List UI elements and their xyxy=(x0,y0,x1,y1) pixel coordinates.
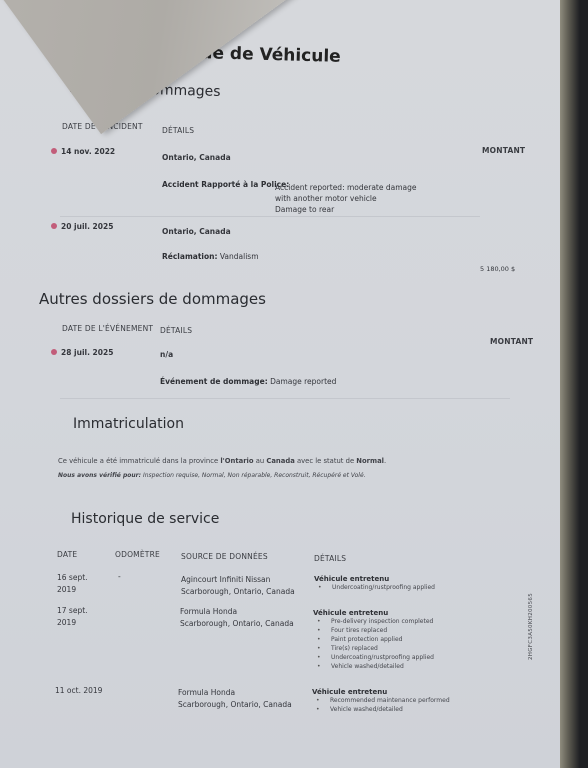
service-details-title: Véhicule entretenu xyxy=(312,688,450,696)
registration-text: au xyxy=(254,457,267,465)
service-date: 17 sept. 2019 xyxy=(57,605,88,629)
service-source-location: Scarborough, Ontario, Canada xyxy=(181,586,295,598)
registration-province: l'Ontario xyxy=(220,457,253,465)
service-col-source: SOURCE DE DONNÉES xyxy=(181,552,268,561)
accidents-col-details: DÉTAILS xyxy=(162,126,194,135)
incident-dot-icon xyxy=(51,223,57,229)
other-damages-col-details: DÉTAILS xyxy=(160,326,192,335)
service-item: Undercoating/rustproofing applied xyxy=(314,583,435,592)
registration-checked-label: Nous avons vérifié pour: xyxy=(58,472,141,479)
registration-sentence: Ce véhicule a été immatriculé dans la pr… xyxy=(58,457,386,465)
document-page: Historique de Véhicule Accidents/dommage… xyxy=(0,0,560,768)
service-details: Véhicule entretenu Pre-delivery inspecti… xyxy=(313,609,434,671)
service-items-list: Undercoating/rustproofing applied xyxy=(314,583,435,592)
other-damage-detail: Événement de dommage: Damage reported xyxy=(160,377,336,386)
accident-detail-text: Accident reported: moderate damage with … xyxy=(275,182,417,215)
service-date-line: 16 sept. xyxy=(57,572,88,584)
accident-location: Ontario, Canada xyxy=(162,153,231,162)
service-date-line: 17 sept. xyxy=(57,605,88,617)
service-date-line: 11 oct. 2019 xyxy=(55,685,102,697)
accident-date: 20 juil. 2025 xyxy=(61,222,113,231)
service-item: Pre-delivery inspection completed xyxy=(313,617,434,626)
row-divider xyxy=(60,216,480,217)
service-source-name: Formula Honda xyxy=(180,606,294,618)
registration-text: Ce véhicule a été immatriculé dans la pr… xyxy=(58,457,220,465)
service-date-line: 2019 xyxy=(57,584,88,596)
service-item: Vehicle washed/detailed xyxy=(312,705,450,714)
other-damage-detail-label: Événement de dommage: xyxy=(160,377,268,386)
service-details: Véhicule entretenu Undercoating/rustproo… xyxy=(314,575,435,592)
service-source-location: Scarborough, Ontario, Canada xyxy=(180,618,294,630)
accidents-col-amount: MONTANT xyxy=(482,146,525,155)
service-item: Recommended maintenance performed xyxy=(312,696,450,705)
service-source-location: Scarborough, Ontario, Canada xyxy=(178,699,292,711)
accident-location: Ontario, Canada xyxy=(162,227,231,236)
service-items-list: Recommended maintenance performedVehicle… xyxy=(312,696,450,714)
other-damage-location: n/a xyxy=(160,350,173,359)
other-damages-col-date: DATE DE L'ÉVÉNEMENT xyxy=(62,324,153,333)
service-details-title: Véhicule entretenu xyxy=(314,575,435,583)
accident-amount: 5 180,00 $ xyxy=(480,265,515,273)
service-details-title: Véhicule entretenu xyxy=(313,609,434,617)
service-date: 16 sept. 2019 xyxy=(57,572,88,596)
detail-line: Accident reported: moderate damage xyxy=(275,182,417,193)
service-date-line: 2019 xyxy=(57,617,88,629)
registration-text: . xyxy=(384,457,386,465)
service-item: Four tires replaced xyxy=(313,626,434,635)
service-source: Formula Honda Scarborough, Ontario, Cana… xyxy=(180,606,294,630)
background-edge xyxy=(560,0,588,768)
accident-detail-text: Vandalism xyxy=(220,252,259,261)
service-item: Tire(s) replaced xyxy=(313,644,434,653)
accident-date: 14 nov. 2022 xyxy=(61,147,115,156)
service-source: Formula Honda Scarborough, Ontario, Cana… xyxy=(178,687,292,711)
service-source-name: Formula Honda xyxy=(178,687,292,699)
registration-country: Canada xyxy=(266,457,294,465)
vin-side-text: 2HGFC3A50KH200565 xyxy=(528,593,534,660)
registration-checked: Nous avons vérifié pour: Inspection requ… xyxy=(58,472,366,479)
service-date: 11 oct. 2019 xyxy=(55,685,102,697)
incident-dot-icon xyxy=(51,148,57,154)
registration-checked-values: Inspection requise, Normal, Non réparabl… xyxy=(143,472,366,479)
service-item: Paint protection applied xyxy=(313,635,434,644)
service-col-odometer: ODOMÈTRE xyxy=(115,550,160,559)
other-damage-date: 28 juil. 2025 xyxy=(61,348,113,357)
other-damages-col-amount: MONTANT xyxy=(490,337,533,346)
other-damage-detail-text: Damage reported xyxy=(270,377,336,386)
accident-detail-label: Accident Rapporté à la Police: xyxy=(162,180,289,189)
service-heading: Historique de service xyxy=(71,511,219,527)
service-odometer: - xyxy=(118,572,121,581)
service-source-name: Agincourt Infiniti Nissan xyxy=(181,574,295,586)
service-col-details: DÉTAILS xyxy=(314,554,346,563)
registration-heading: Immatriculation xyxy=(73,416,184,432)
incident-dot-icon xyxy=(51,349,57,355)
row-divider xyxy=(60,398,510,399)
service-items-list: Pre-delivery inspection completedFour ti… xyxy=(313,617,434,671)
service-col-date: DATE xyxy=(57,550,77,559)
accident-detail-label: Réclamation: xyxy=(162,252,217,261)
registration-text: avec le statut de xyxy=(295,457,356,465)
service-item: Undercoating/rustproofing applied xyxy=(313,653,434,662)
service-item: Vehicle washed/detailed xyxy=(313,662,434,671)
service-source: Agincourt Infiniti Nissan Scarborough, O… xyxy=(181,574,295,598)
other-damages-heading: Autres dossiers de dommages xyxy=(39,290,266,308)
detail-line: Damage to rear xyxy=(275,204,417,215)
accident-detail: Réclamation: Vandalism xyxy=(162,252,259,261)
detail-line: with another motor vehicle xyxy=(275,193,417,204)
service-details: Véhicule entretenu Recommended maintenan… xyxy=(312,688,450,714)
registration-status: Normal xyxy=(356,457,384,465)
